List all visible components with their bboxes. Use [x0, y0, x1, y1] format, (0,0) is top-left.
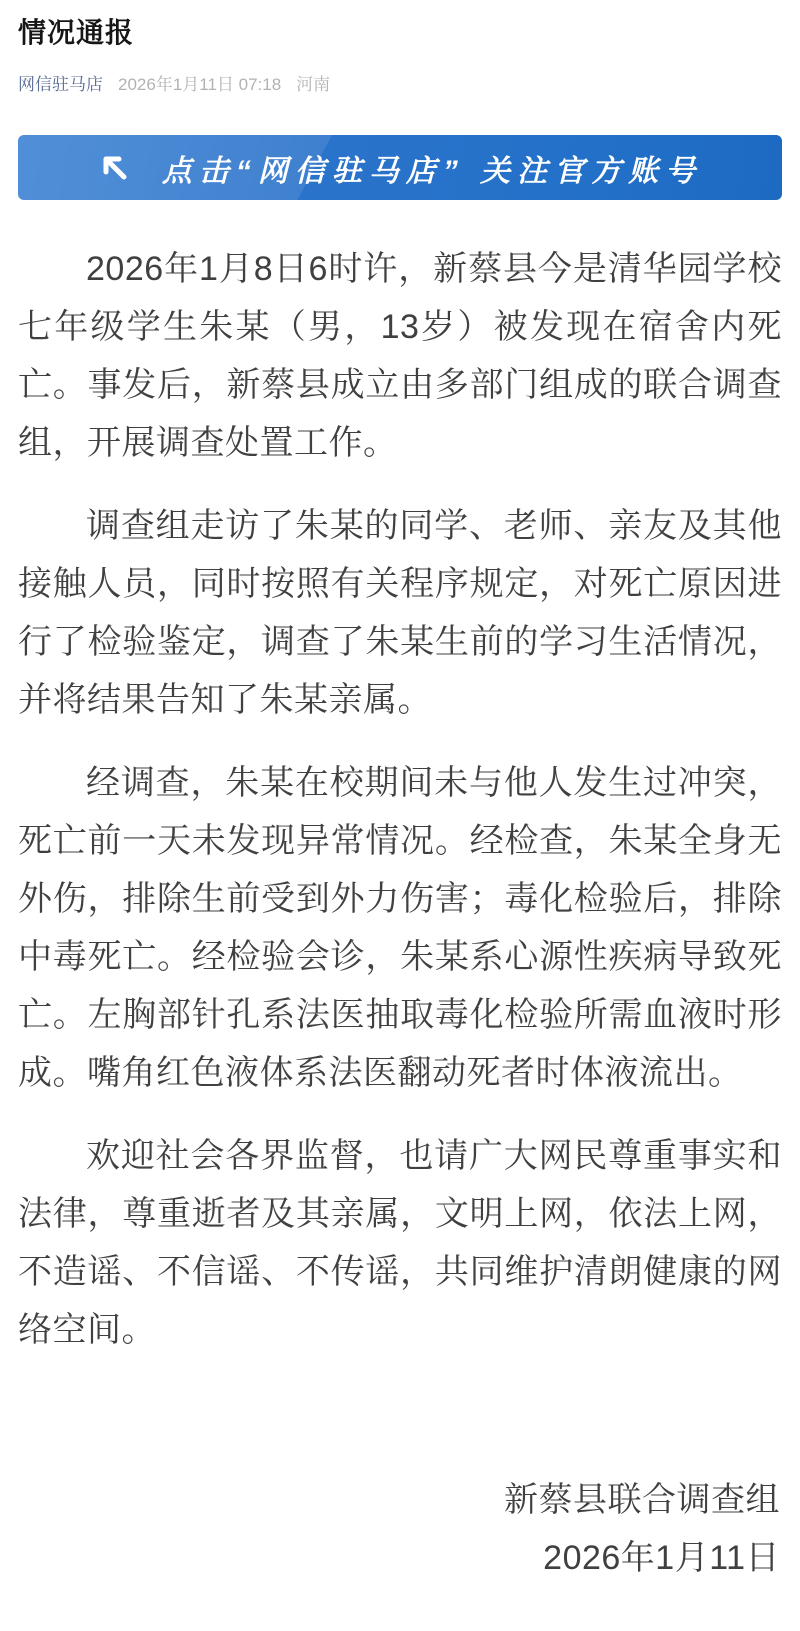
- publish-datetime: 2026年1月11日 07:18: [118, 73, 281, 97]
- paragraph-appeal: 欢迎社会各界监督，也请广大网民尊重事实和法律，尊重逝者及其亲属，文明上网，依法上…: [18, 1127, 782, 1359]
- paragraph-incident: 2026年1月8日6时许，新蔡县今是清华园学校七年级学生朱某（男，13岁）被发现…: [18, 240, 782, 472]
- signature-date: 2026年1月11日: [18, 1529, 780, 1587]
- article-page: 情况通报 网信驻马店 2026年1月11日 07:18 河南 点击“网信驻马店”…: [0, 0, 800, 1631]
- banner-text: 点击“网信驻马店” 关注官方账号: [162, 146, 702, 190]
- byline: 网信驻马店 2026年1月11日 07:18 河南: [18, 73, 782, 97]
- follow-account-banner[interactable]: 点击“网信驻马店” 关注官方账号: [18, 135, 782, 200]
- signature-block: 新蔡县联合调查组 2026年1月11日: [18, 1471, 782, 1587]
- paragraph-findings: 经调查，朱某在校期间未与他人发生过冲突，死亡前一天未发现异常情况。经检查，朱某全…: [18, 754, 782, 1102]
- paragraph-investigation: 调查组走访了朱某的同学、老师、亲友及其他接触人员，同时按照有关程序规定，对死亡原…: [18, 497, 782, 729]
- page-title: 情况通报: [18, 0, 782, 52]
- account-name-link[interactable]: 网信驻马店: [18, 73, 103, 97]
- publish-location: 河南: [296, 73, 330, 97]
- up-left-arrow-icon: [98, 151, 132, 185]
- article-body: 2026年1月8日6时许，新蔡县今是清华园学校七年级学生朱某（男，13岁）被发现…: [18, 240, 782, 1359]
- signature-org: 新蔡县联合调查组: [18, 1471, 780, 1529]
